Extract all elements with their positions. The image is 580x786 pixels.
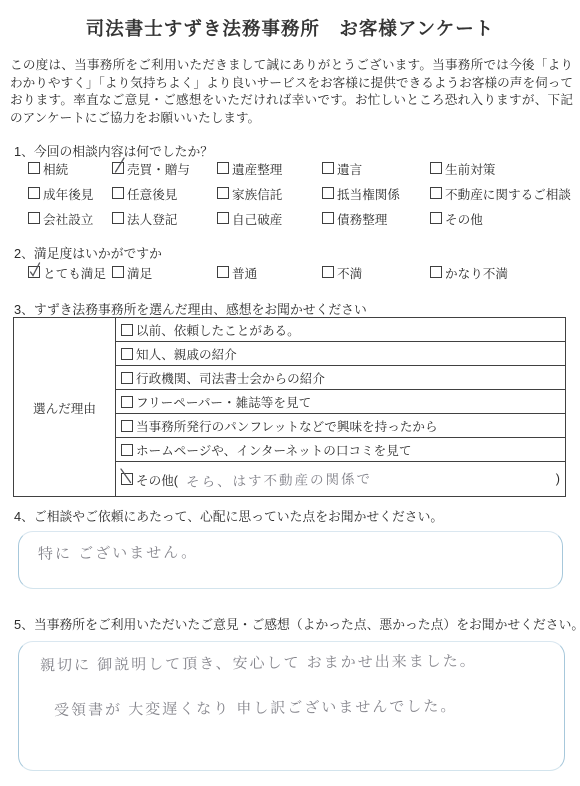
- intro-paragraph: この度は、当事務所をご利用いただきまして誠にありがとうございます。当事務所では今…: [10, 57, 573, 127]
- other-label-close: ): [556, 472, 560, 486]
- checkbox-icon: [112, 212, 124, 224]
- q1-option-4: 遺言: [322, 158, 430, 178]
- checkbox-icon: [112, 162, 124, 174]
- option-label: かなり不満: [445, 263, 508, 282]
- checkbox-icon: [322, 187, 334, 199]
- option-label: 生前対策: [445, 159, 495, 178]
- reason-label: 当事務所発行のパンフレットなどで興味を持ったから: [136, 416, 438, 435]
- reason-row-label: 選んだ理由: [14, 318, 116, 496]
- option-label: 普通: [232, 263, 257, 282]
- option-label: 売買・贈与: [127, 159, 190, 178]
- option-label: 遺言: [337, 159, 362, 178]
- q4-heading: 4、ご相談やご依頼にあたって、心配に思っていた点をお聞かせください。: [14, 506, 443, 525]
- q1-options-row3: 会社設立 法人登記 自己破産 債務整理 その他: [28, 208, 483, 228]
- option-label: 会社設立: [43, 209, 93, 228]
- q1-option-7: 任意後見: [112, 183, 217, 203]
- q1-option-10: 不動産に関するご相談: [430, 183, 571, 203]
- checkbox-icon: [121, 324, 133, 336]
- q1-options-row1: 相続 売買・贈与 遺産整理 遺言 生前対策: [28, 158, 495, 178]
- checkbox-icon: [121, 372, 133, 384]
- reason-label: ホームページや、インターネットの口コミを見て: [136, 440, 411, 459]
- q5-heading: 5、当事務所をご利用いただいたご意見・ご感想（よかった点、悪かった点）をお聞かせ…: [14, 614, 580, 633]
- checkbox-icon: [28, 162, 40, 174]
- option-label: 満足: [127, 263, 152, 282]
- option-label: 家族信託: [232, 184, 282, 203]
- checkbox-icon: [121, 420, 133, 432]
- option-label: 債務整理: [337, 209, 387, 228]
- q1-option-14: 債務整理: [322, 208, 430, 228]
- q1-options-row2: 成年後見 任意後見 家族信託 抵当権関係 不動産に関するご相談: [28, 183, 571, 203]
- q1-option-6: 成年後見: [28, 183, 112, 203]
- table-row-other: その他( そら、はす不動産の関係で ): [116, 462, 565, 496]
- survey-document: 司法書士すずき法務事務所 お客様アンケート この度は、当事務所をご利用いただきま…: [0, 0, 580, 786]
- q2-option-2: 満足: [112, 262, 217, 282]
- table-row: 知人、親戚の紹介: [116, 342, 565, 366]
- q2-option-3: 普通: [217, 262, 322, 282]
- reason-label: 知人、親戚の紹介: [136, 344, 237, 363]
- page-title: 司法書士すずき法務事務所 お客様アンケート: [0, 15, 580, 41]
- option-label: 自己破産: [232, 209, 282, 228]
- other-label: その他(: [136, 470, 178, 489]
- checkbox-icon: [28, 212, 40, 224]
- table-row: 当事務所発行のパンフレットなどで興味を持ったから: [116, 414, 565, 438]
- checkbox-icon: [430, 162, 442, 174]
- option-label: 任意後見: [127, 184, 177, 203]
- q1-option-9: 抵当権関係: [322, 183, 430, 203]
- checkbox-icon: [217, 187, 229, 199]
- q2-heading: 2、満足度はいかがですか: [14, 243, 162, 262]
- reason-table: 選んだ理由 以前、依頼したことがある。 知人、親戚の紹介 行政機関、司法書士会か…: [13, 317, 566, 497]
- checkbox-icon: [121, 444, 133, 456]
- q1-option-13: 自己破産: [217, 208, 322, 228]
- option-label: 成年後見: [43, 184, 93, 203]
- q4-handwritten-answer: 特に ございません。: [38, 541, 198, 564]
- q1-option-15: その他: [430, 208, 483, 228]
- checkbox-icon: [121, 348, 133, 360]
- option-label: 不動産に関するご相談: [445, 184, 571, 203]
- checkbox-icon: [217, 162, 229, 174]
- checkbox-icon: [322, 212, 334, 224]
- q1-option-2: 売買・贈与: [112, 158, 217, 178]
- reason-label: 行政機関、司法書士会からの紹介: [136, 368, 325, 387]
- table-row: 以前、依頼したことがある。: [116, 318, 565, 342]
- checkbox-icon: [112, 266, 124, 278]
- reason-label: 以前、依頼したことがある。: [136, 320, 300, 339]
- option-label: 遺産整理: [232, 159, 282, 178]
- checkbox-icon: [217, 212, 229, 224]
- q1-option-5: 生前対策: [430, 158, 495, 178]
- checkbox-icon: [430, 187, 442, 199]
- checkbox-icon: [121, 396, 133, 408]
- q3-heading: 3、すずき法務事務所を選んだ理由、感想をお聞かせください: [14, 299, 367, 318]
- option-label: その他: [445, 209, 483, 228]
- q1-option-3: 遺産整理: [217, 158, 322, 178]
- table-row: フリーペーパー・雑誌等を見て: [116, 390, 565, 414]
- checkbox-icon: [112, 187, 124, 199]
- checkbox-icon: [28, 187, 40, 199]
- q1-option-12: 法人登記: [112, 208, 217, 228]
- q1-option-8: 家族信託: [217, 183, 322, 203]
- checkbox-icon: [322, 162, 334, 174]
- q2-option-1: とても満足: [28, 262, 112, 282]
- other-handwritten-answer: そら、はす不動産の関係で: [186, 467, 372, 490]
- checkbox-icon: [322, 266, 334, 278]
- reason-label: フリーペーパー・雑誌等を見て: [136, 392, 311, 411]
- option-label: とても満足: [43, 263, 106, 282]
- option-label: 抵当権関係: [337, 184, 400, 203]
- q2-options-row: とても満足 満足 普通 不満 かなり不満: [28, 262, 508, 282]
- checkbox-icon: [217, 266, 229, 278]
- q1-option-11: 会社設立: [28, 208, 112, 228]
- option-label: 相続: [43, 159, 68, 178]
- option-label: 不満: [337, 263, 362, 282]
- q1-option-1: 相続: [28, 158, 112, 178]
- option-label: 法人登記: [127, 209, 177, 228]
- checkbox-icon: [28, 266, 40, 278]
- q5-handwritten-line2: 受領書が 大変遅くなり 申し訳ございませんでした。: [54, 695, 458, 720]
- reason-rows: 以前、依頼したことがある。 知人、親戚の紹介 行政機関、司法書士会からの紹介 フ…: [116, 318, 565, 496]
- checkbox-icon: [121, 473, 133, 485]
- table-row: 行政機関、司法書士会からの紹介: [116, 366, 565, 390]
- q2-option-4: 不満: [322, 262, 430, 282]
- table-row: ホームページや、インターネットの口コミを見て: [116, 438, 565, 462]
- q2-option-5: かなり不満: [430, 262, 508, 282]
- checkbox-icon: [430, 266, 442, 278]
- checkbox-icon: [430, 212, 442, 224]
